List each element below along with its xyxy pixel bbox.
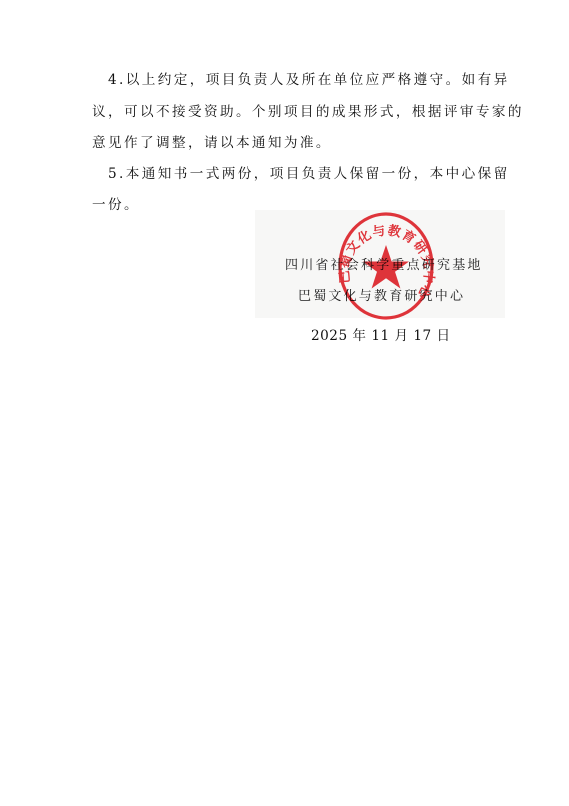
paragraph-4-line-3: 意见作了调整，请以本通知为准。 (92, 133, 482, 153)
paragraph-4-line-1: 4.以上约定，项目负责人及所在单位应严格遵守。如有异 (108, 70, 498, 90)
paragraph-5-line-1: 5.本通知书一式两份，项目负责人保留一份，本中心保留 (108, 164, 498, 184)
signature-date: 2025 年 11 月 17 日 (311, 327, 451, 345)
document-page: 4.以上约定，项目负责人及所在单位应严格遵守。如有异 议，可以不接受资助。个别项… (0, 0, 569, 806)
official-seal-icon: 巴蜀文化与教育研究中心 (336, 211, 436, 323)
paragraph-4-line-2: 议，可以不接受资助。个别项目的成果形式，根据评审专家的 (92, 102, 482, 122)
